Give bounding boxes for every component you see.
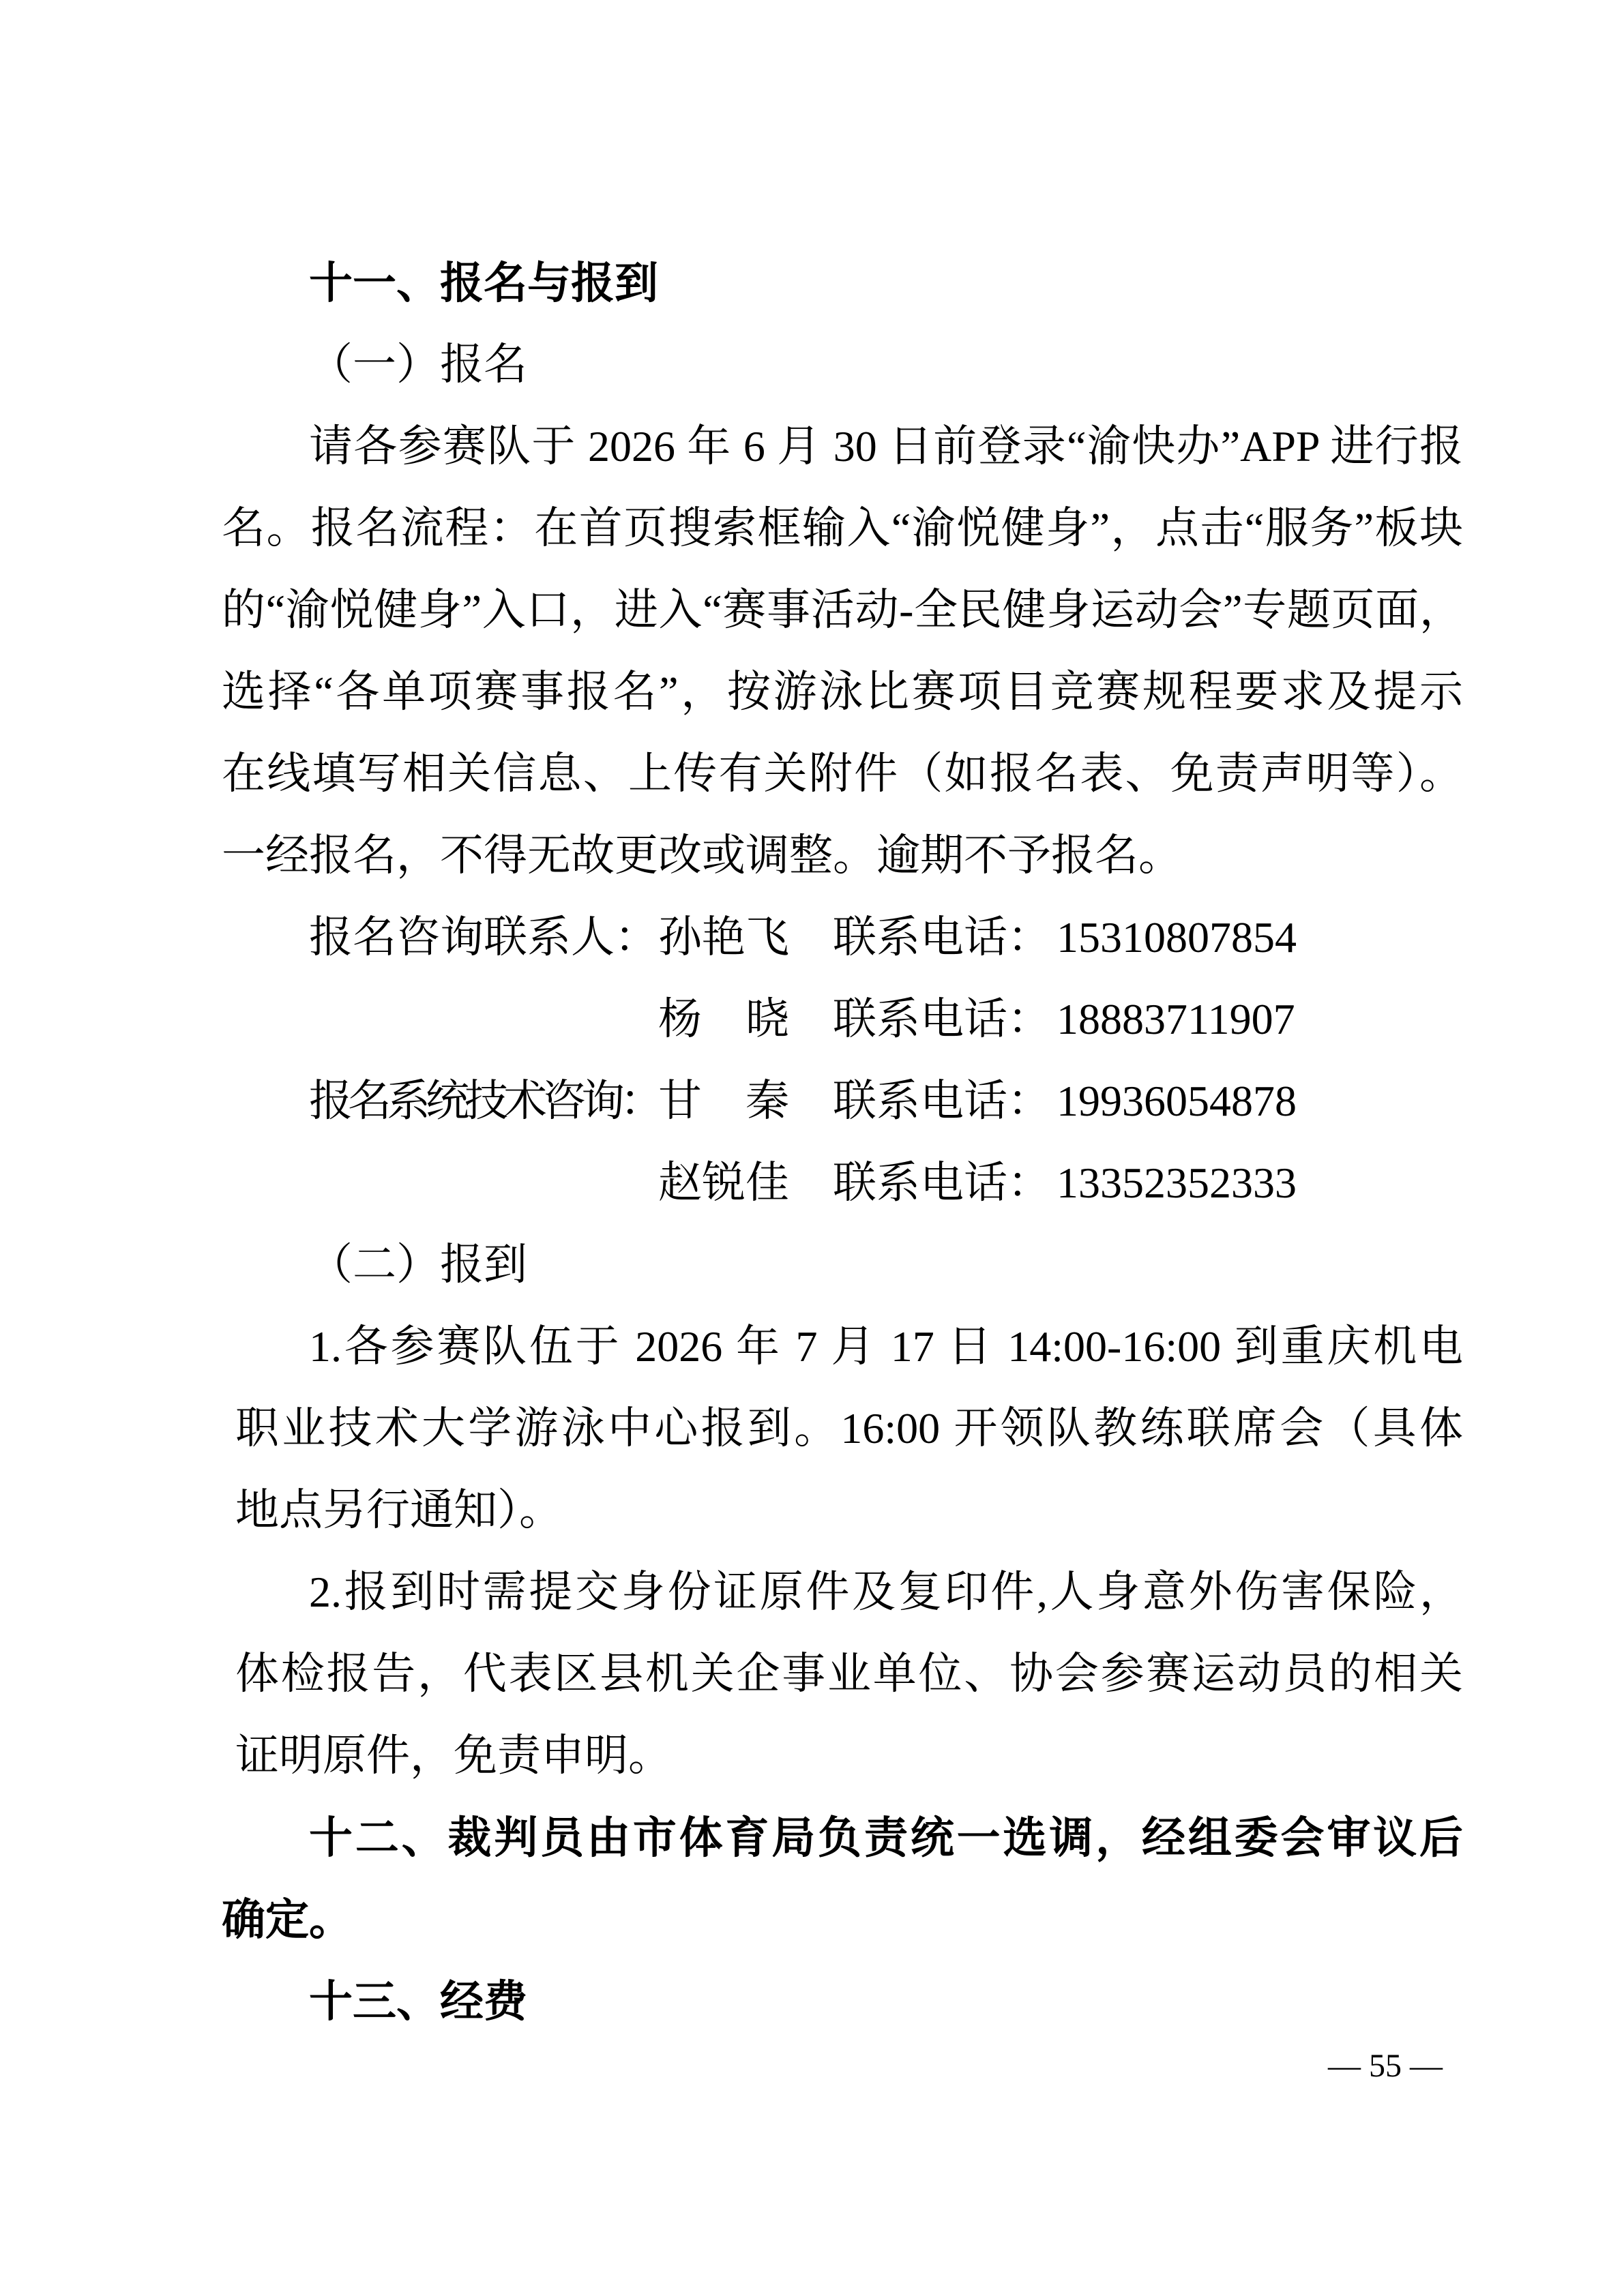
sub-heading-registration: （一）报名 [222, 324, 1463, 406]
para1-line1: 请各参赛队于 2026 年 6 月 30 日前登录“渝快办”APP 进行报 [222, 406, 1463, 488]
para1-line3: 的“渝悦健身”入口，进入“赛事活动-全民健身运动会”专题页面， [222, 569, 1463, 651]
para1-line2: 名。报名流程：在首页搜索框输入“渝悦健身”，点击“服务”板块 [222, 488, 1463, 569]
contact-role-label: 报名系统技术咨询： [309, 1060, 658, 1142]
contact-row-2: 杨 晓联系电话：18883711907 [222, 979, 1463, 1060]
item2-line2: 体检报告，代表区县机关企事业单位、协会参赛运动员的相关 [222, 1633, 1463, 1715]
para1-line4: 选择“各单项赛事报名”，按游泳比赛项目竞赛规程要求及提示 [222, 651, 1463, 733]
sub-heading-checkin: （二）报到 [222, 1224, 1463, 1306]
item2-line3: 证明原件，免责申明。 [222, 1715, 1463, 1797]
section-12-heading-line1: 十二、裁判员由市体育局负责统一选调，经组委会审议后 [222, 1797, 1463, 1879]
contact-row-3: 报名系统技术咨询：甘 秦联系电话：19936054878 [222, 1060, 1463, 1142]
document-body: 十一、报名与报到 （一）报名 请各参赛队于 2026 年 6 月 30 日前登录… [222, 242, 1463, 2042]
section-12-heading-line2: 确定。 [222, 1879, 1463, 1960]
phone-label: 联系电话： [833, 1159, 1051, 1207]
item2-line1: 2.报到时需提交身份证原件及复印件,人身意外伤害保险， [222, 1551, 1463, 1633]
contact-name: 甘 秦 [658, 1060, 795, 1142]
phone-label: 联系电话： [833, 995, 1051, 1043]
phone-number: 13352352333 [1057, 1159, 1297, 1207]
page-number: — 55 — [222, 2046, 1443, 2087]
contact-role-label: 报名咨询联系人： [309, 897, 658, 979]
para1-line6: 一经报名，不得无故更改或调整。逾期不予报名。 [222, 815, 1463, 897]
item1-line1: 1.各参赛队伍于 2026 年 7 月 17 日 14:00-16:00 到重庆… [222, 1306, 1463, 1388]
section-11-heading: 十一、报名与报到 [222, 242, 1463, 324]
phone-number: 19936054878 [1057, 1077, 1297, 1125]
contact-name: 杨 晓 [658, 979, 795, 1060]
section-13-heading: 十三、经费 [222, 1960, 1463, 2042]
contact-name: 孙艳飞 [658, 897, 795, 979]
contact-row-4: 赵锐佳联系电话：13352352333 [222, 1142, 1463, 1224]
para1-line5: 在线填写相关信息、上传有关附件（如报名表、免责声明等）。 [222, 733, 1463, 815]
phone-label: 联系电话： [833, 1077, 1051, 1125]
document-page: 十一、报名与报到 （一）报名 请各参赛队于 2026 年 6 月 30 日前登录… [0, 0, 1624, 2296]
item1-line3: 地点另行通知）。 [222, 1470, 1463, 1551]
phone-label: 联系电话： [833, 913, 1051, 961]
item1-line2: 职业技术大学游泳中心报到。16:00 开领队教练联席会（具体 [222, 1388, 1463, 1470]
contact-name: 赵锐佳 [658, 1142, 795, 1224]
phone-number: 15310807854 [1057, 913, 1297, 961]
phone-number: 18883711907 [1057, 995, 1295, 1043]
contact-row-1: 报名咨询联系人：孙艳飞联系电话：15310807854 [222, 897, 1463, 979]
